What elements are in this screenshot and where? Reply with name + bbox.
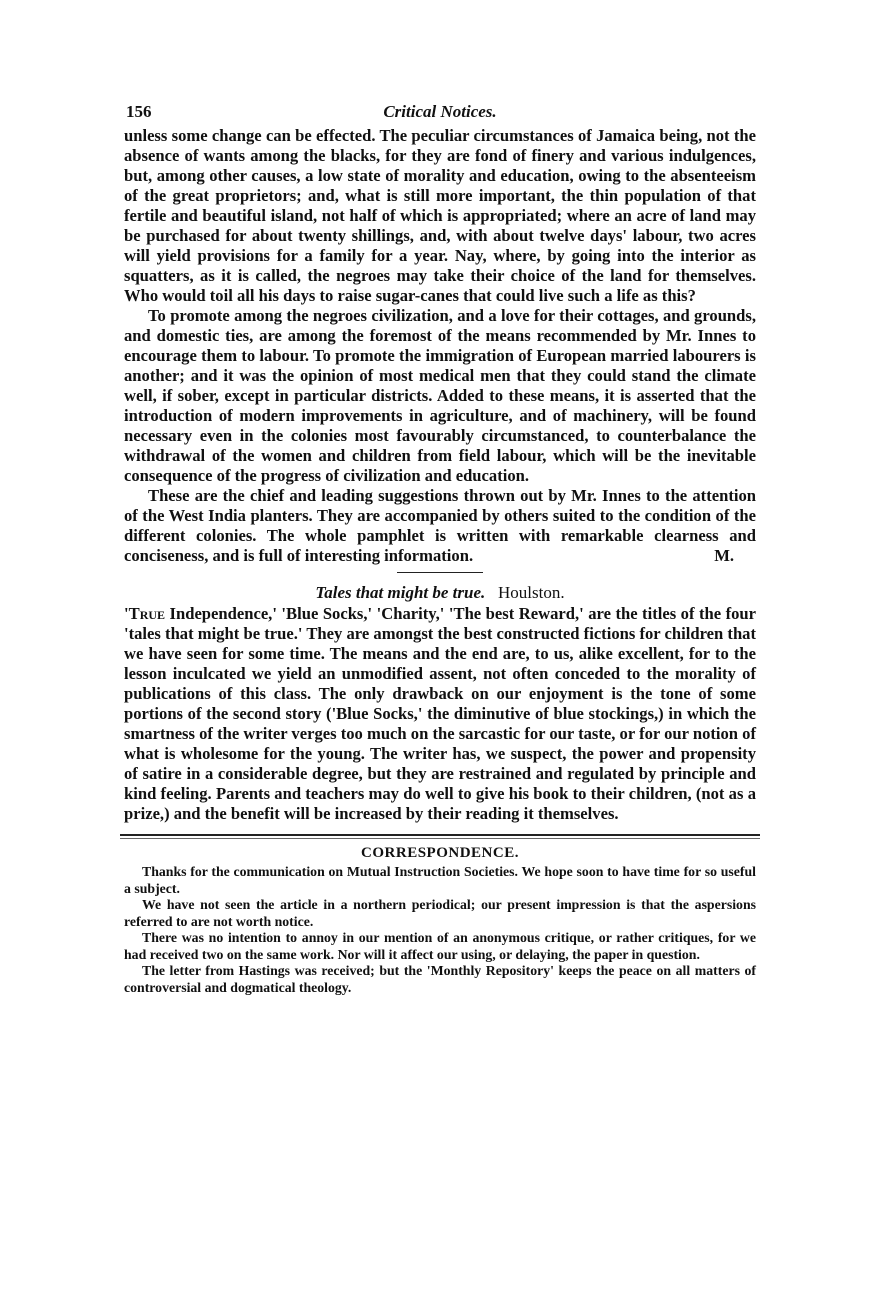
paragraph-text: These are the chief and leading suggesti… — [124, 486, 756, 565]
body-paragraph: These are the chief and leading suggesti… — [124, 486, 756, 566]
correspondence-note: Thanks for the communication on Mutual I… — [124, 864, 756, 897]
section-divider — [397, 572, 483, 573]
document-page: 156 Critical Notices. unless some change… — [124, 100, 756, 996]
review-heading: Tales that might be true. Houlston. — [124, 583, 756, 603]
review-first-word: True — [129, 604, 165, 623]
section-rule — [120, 834, 760, 839]
continued-paragraph: unless some change can be effected. The … — [124, 126, 756, 306]
author-signature: M. — [690, 546, 734, 566]
correspondence-note: The letter from Hastings was received; b… — [124, 963, 756, 996]
review-publisher: Houlston. — [498, 583, 565, 602]
correspondence-note: There was no intention to annoy in our m… — [124, 930, 756, 963]
correspondence-heading: CORRESPONDENCE. — [124, 845, 756, 862]
review-book-title: Tales that might be true. — [315, 583, 485, 602]
running-head: 156 Critical Notices. — [124, 100, 756, 126]
review-body: Independence,' 'Blue Socks,' 'Charity,' … — [124, 604, 756, 823]
running-title: Critical Notices. — [124, 102, 756, 122]
correspondence-note: We have not seen the article in a northe… — [124, 897, 756, 930]
body-paragraph: To promote among the negroes civilizatio… — [124, 306, 756, 486]
review-paragraph: 'True Independence,' 'Blue Socks,' 'Char… — [124, 604, 756, 824]
